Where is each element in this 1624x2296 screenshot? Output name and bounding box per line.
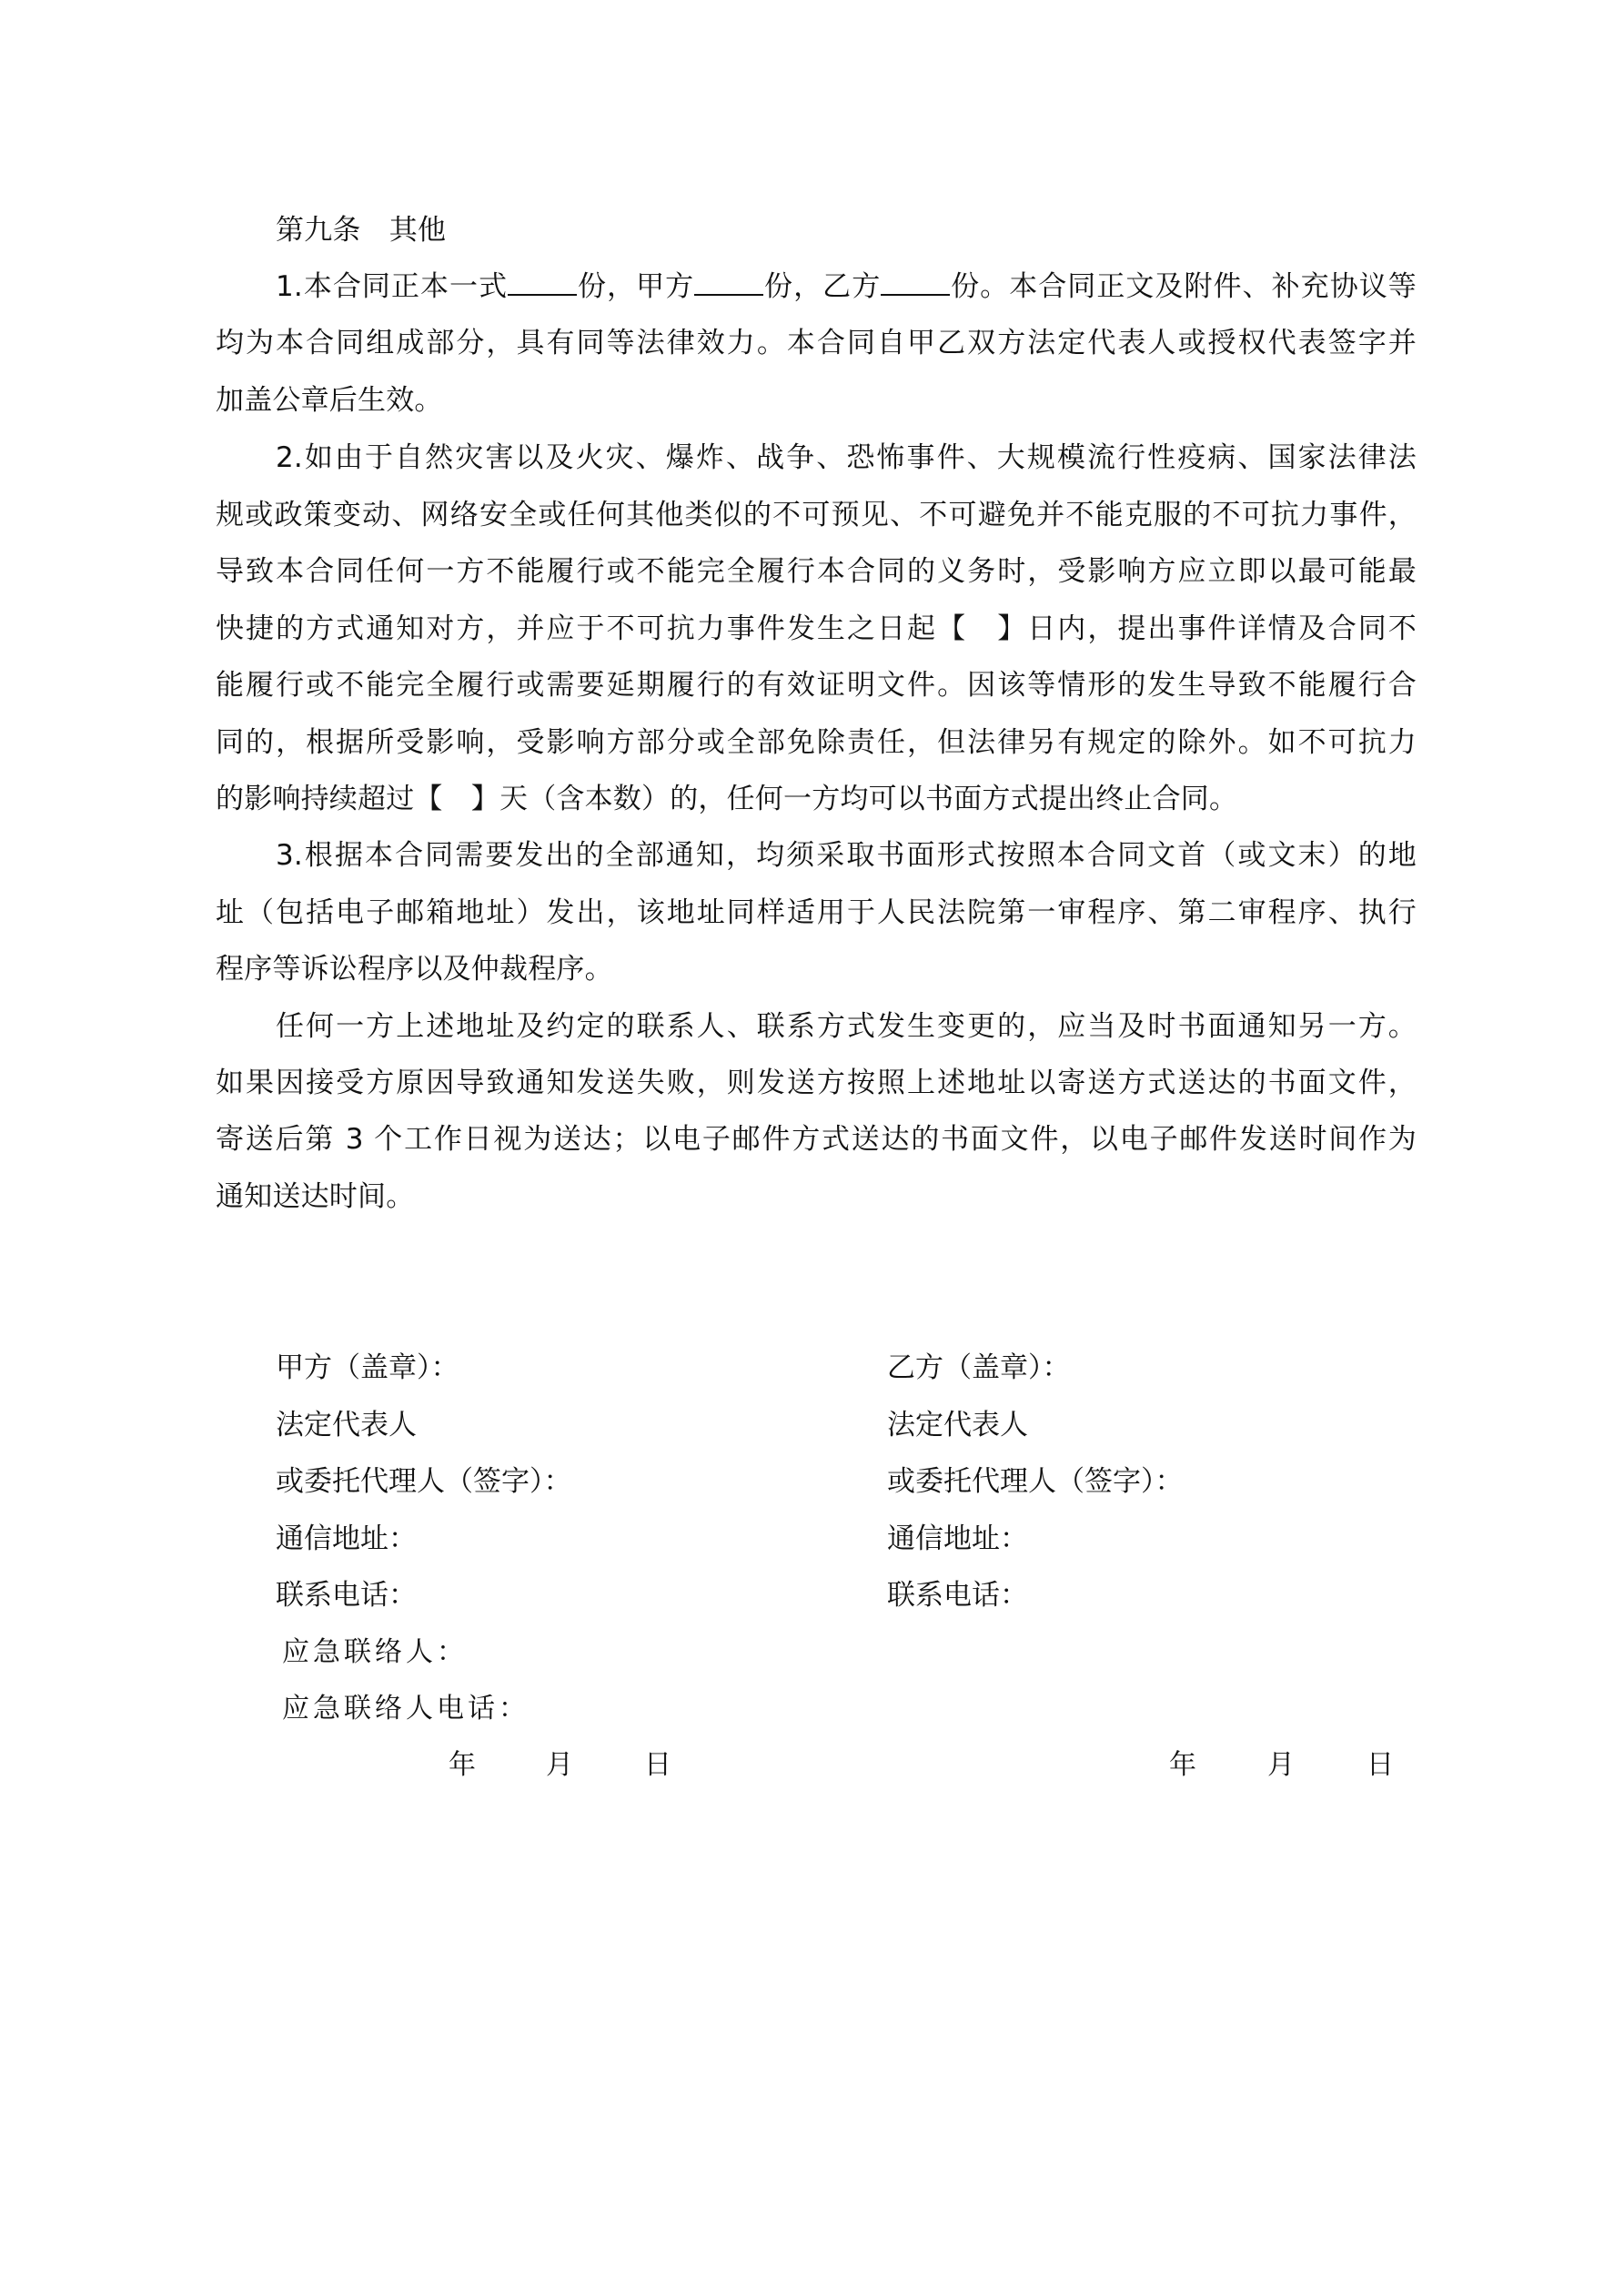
party-b-seal-label: 乙方（盖章）： <box>887 1350 1071 1386</box>
date-b-day: 日 <box>1367 1747 1394 1784</box>
para2-line3: 导致本合同任何一方不能履行或不能完全履行本合同的义务时，受影响方应立即以最可能最 <box>216 553 1417 590</box>
para2-line4: 快捷的方式通知对方，并应于不可抗力事件发生之日起【 】日内，提出事件详情及合同不 <box>216 611 1417 647</box>
date-b-year: 年 <box>1169 1747 1196 1784</box>
party-a-seal-label: 甲方（盖章）： <box>276 1350 459 1386</box>
party-b-address-label: 通信地址： <box>887 1521 1028 1557</box>
para2-line1: 2.如由于自然灾害以及火灾、爆炸、战争、恐怖事件、大规模流行性疫病、国家法律法 <box>276 440 1417 476</box>
date-b-month: 月 <box>1267 1747 1295 1784</box>
para4-line3: 寄送后第 3 个工作日视为送达；以电子邮件方式送达的书面文件，以电子邮件发送时间… <box>216 1121 1417 1158</box>
para2-line2: 规或政策变动、网络安全或任何其他类似的不可预见、不可避免并不能克服的不可抗力事件… <box>216 497 1417 533</box>
date-a-year: 年 <box>449 1747 476 1784</box>
para2-line6: 同的，根据所受影响，受影响方部分或全部免除责任，但法律另有规定的除外。如不可抗力 <box>216 724 1417 761</box>
para4-line2: 如果因接受方原因导致通知发送失败，则发送方按照上述地址以寄送方式送达的书面文件， <box>216 1065 1417 1101</box>
party-a-phone-label: 联系电话： <box>276 1577 417 1613</box>
party-b-phone-label: 联系电话： <box>887 1577 1028 1613</box>
date-a-day: 日 <box>644 1747 671 1784</box>
emergency-contact-label: 应急联络人： <box>282 1634 468 1671</box>
para4-line1: 任何一方上述地址及约定的联系人、联系方式发生变更的，应当及时书面通知另一方。 <box>276 1008 1417 1045</box>
para1-text-b: 份，甲方 <box>577 270 694 303</box>
para1-line1: 1.本合同正本一式份，甲方份，乙方份。本合同正文及附件、补充协议等 <box>276 268 1417 305</box>
party-a-agent-label: 或委托代理人（签字）： <box>276 1463 572 1500</box>
date-a-month: 月 <box>546 1747 573 1784</box>
document-page: 第九条 其他 1.本合同正本一式份，甲方份，乙方份。本合同正文及附件、补充协议等… <box>0 0 1624 2296</box>
article-heading: 第九条 其他 <box>276 212 1417 248</box>
para2-line7: 的影响持续超过【 】天（含本数）的，任何一方均可以书面方式提出终止合同。 <box>216 781 1417 817</box>
copies-total-blank <box>508 270 577 296</box>
para1-line3: 加盖公章后生效。 <box>216 382 1417 419</box>
para2-line5: 能履行或不能完全履行或需要延期履行的有效证明文件。因该等情形的发生导致不能履行合 <box>216 667 1417 703</box>
para3-line1: 3.根据本合同需要发出的全部通知，均须采取书面形式按照本合同文首（或文末）的地 <box>276 837 1417 874</box>
copies-party-b-blank <box>881 270 950 296</box>
party-a-rep-label: 法定代表人 <box>276 1407 417 1443</box>
para3-line3: 程序等诉讼程序以及仲裁程序。 <box>216 951 1417 987</box>
party-a-address-label: 通信地址： <box>276 1521 417 1557</box>
party-b-agent-label: 或委托代理人（签字）： <box>887 1463 1184 1500</box>
para1-text-c: 份，乙方 <box>763 270 881 303</box>
para4-line4: 通知送达时间。 <box>216 1178 1417 1215</box>
copies-party-a-blank <box>694 270 763 296</box>
para1-text-a: 1.本合同正本一式 <box>276 270 508 303</box>
para3-line2: 址（包括电子邮箱地址）发出，该地址同样适用于人民法院第一审程序、第二审程序、执行 <box>216 895 1417 931</box>
para1-text-d: 份。本合同正文及附件、补充协议等 <box>950 270 1417 303</box>
party-b-rep-label: 法定代表人 <box>887 1407 1028 1443</box>
para1-line2: 均为本合同组成部分，具有同等法律效力。本合同自甲乙双方法定代表人或授权代表签字并 <box>216 325 1417 361</box>
emergency-phone-label: 应急联络人电话： <box>282 1691 530 1727</box>
